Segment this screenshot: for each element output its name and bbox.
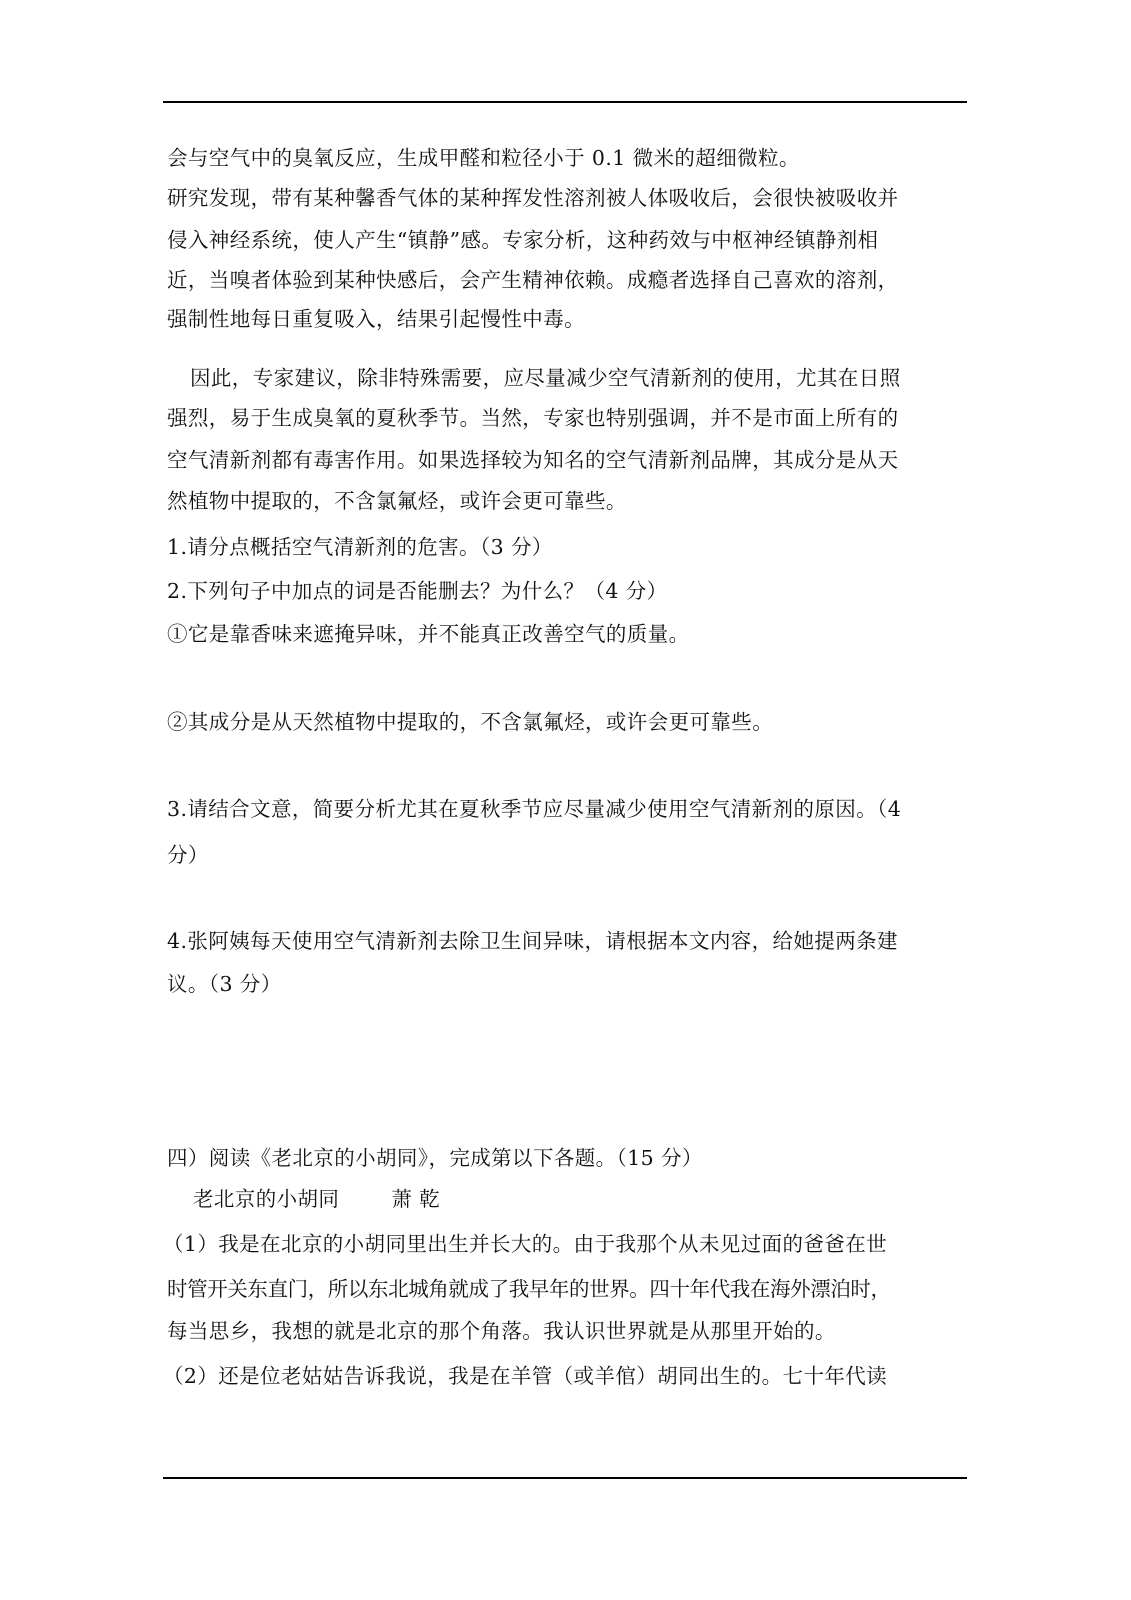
section-four-heading: 四）阅读《老北京的小胡同》，完成第以下各题。（15 分） xyxy=(167,1146,967,1170)
question-4-line-2: 议。（3 分） xyxy=(167,972,967,996)
question-3-line-2: 分） xyxy=(167,843,967,867)
passage-line: 然植物中提取的，不含氯氟烃，或许会更可靠些。 xyxy=(167,489,967,513)
passage-line: 近，当嗅者体验到某种快感后，会产生精神依赖。成瘾者选择自己喜欢的溶剂， xyxy=(167,268,967,292)
paragraph-2-line: （2）还是位老姑姑告诉我说，我是在羊管（或羊倌）胡同出生的。七十年代读 xyxy=(163,1364,963,1388)
document-page: 会与空气中的臭氧反应，生成甲醛和粒径小于 0.1 微米的超细微粒。 研究发现，带… xyxy=(0,0,1131,1600)
footer-rule xyxy=(163,1477,967,1479)
passage-line: 研究发现，带有某种馨香气体的某种挥发性溶剂被人体吸收后，会很快被吸收并 xyxy=(167,186,967,210)
question-3-line-1: 3.请结合文意，简要分析尤其在夏秋季节应尽量减少使用空气清新剂的原因。（4 xyxy=(167,797,967,821)
passage-line: 侵入神经系统，使人产生“镇静”感。专家分析，这种药效与中枢神经镇静剂相 xyxy=(167,228,967,252)
header-rule xyxy=(163,101,967,103)
question-2-sentence-2: ②其成分是从天然植物中提取的，不含氯氟烃，或许会更可靠些。 xyxy=(167,710,967,734)
passage-line: 会与空气中的臭氧反应，生成甲醛和粒径小于 0.1 微米的超细微粒。 xyxy=(167,146,967,170)
article-title-line: 老北京的小胡同萧 乾 xyxy=(193,1187,993,1211)
passage-line: 强烈，易于生成臭氧的夏秋季节。当然，专家也特别强调，并不是市面上所有的 xyxy=(167,406,967,430)
question-1: 1.请分点概括空气清新剂的危害。（3 分） xyxy=(167,535,967,559)
question-2-sentence-1: ①它是靠香味来遮掩异味，并不能真正改善空气的质量。 xyxy=(167,622,967,646)
question-2: 2.下列句子中加点的词是否能删去？为什么？（4 分） xyxy=(167,579,967,603)
question-4-line-1: 4.张阿姨每天使用空气清新剂去除卫生间异味，请根据本文内容，给她提两条建 xyxy=(167,929,967,953)
passage-line: 空气清新剂都有毒害作用。如果选择较为知名的空气清新剂品牌，其成分是从天 xyxy=(167,448,967,472)
passage-line: 强制性地每日重复吸入，结果引起慢性中毒。 xyxy=(167,307,967,331)
article-title: 老北京的小胡同 xyxy=(193,1187,339,1211)
paragraph-1-line: 每当思乡，我想的就是北京的那个角落。我认识世界就是从那里开始的。 xyxy=(167,1319,967,1343)
paragraph-1-line: 时管开关东直门，所以东北城角就成了我早年的世界。四十年代我在海外漂泊时， xyxy=(167,1277,967,1301)
article-author: 萧 乾 xyxy=(391,1187,440,1211)
paragraph-1-line: （1）我是在北京的小胡同里出生并长大的。由于我那个从未见过面的爸爸在世 xyxy=(163,1232,963,1256)
passage-line: 因此，专家建议，除非特殊需要，应尽量减少空气清新剂的使用，尤其在日照 xyxy=(190,366,990,390)
